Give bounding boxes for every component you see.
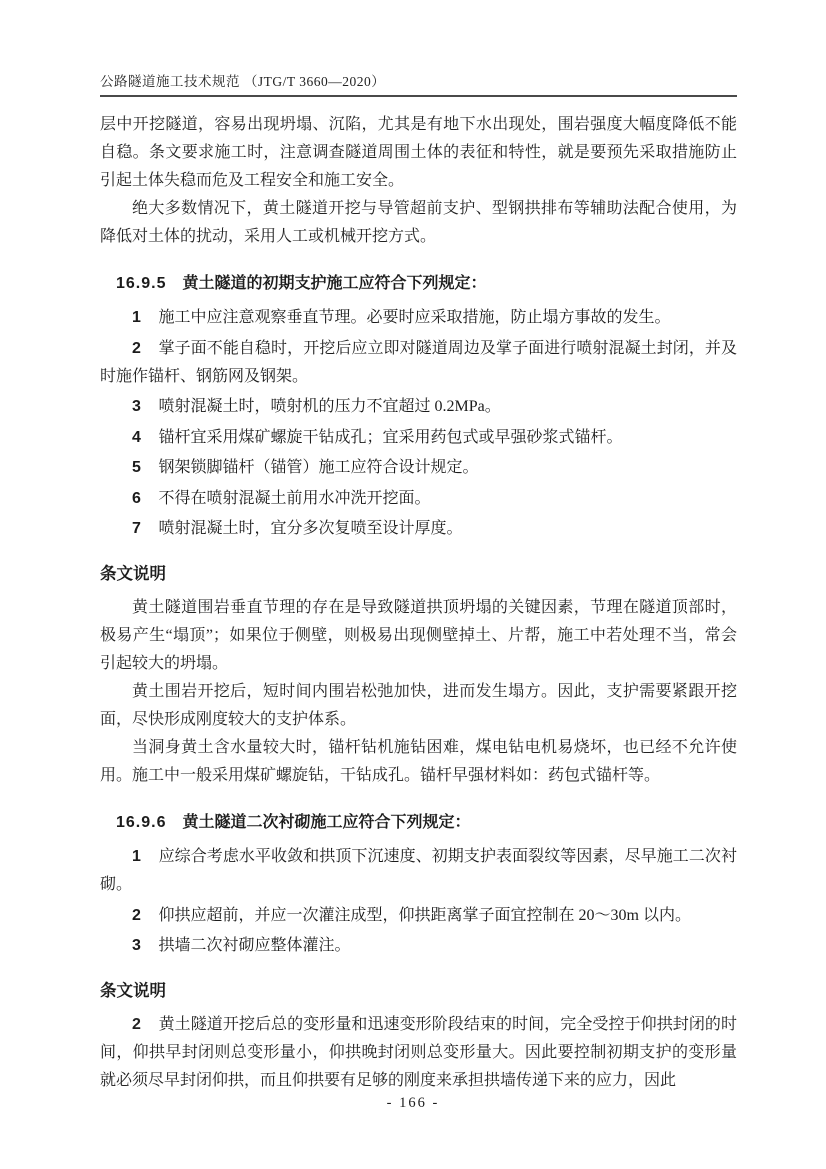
clause-number: 16.9.6	[116, 814, 166, 831]
item-text: 应综合考虑水平收敛和拱顶下沉速度、初期支护表面裂纹等因素，尽早施工二次衬砌。	[100, 848, 737, 893]
continuation-paragraph: 层中开挖隧道，容易出现坍塌、沉陷，尤其是有地下水出现处，围岩强度大幅度降低不能自…	[100, 111, 737, 195]
clause-heading-16-9-5: 16.9.5黄土隧道的初期支护施工应符合下列规定：	[100, 270, 737, 298]
document-page: 公路隧道施工技术规范 （JTG/T 3660—2020） 层中开挖隧道，容易出现…	[0, 0, 826, 1169]
item-number: 5	[132, 459, 141, 476]
commentary-paragraph: 2黄土隧道开挖后总的变形量和迅速变形阶段结束的时间，完全受控于仰拱封闭的时间，仰…	[100, 1011, 737, 1095]
item-text: 锚杆宜采用煤矿螺旋干钻成孔；宜采用药包式或早强砂浆式锚杆。	[159, 429, 623, 446]
commentary-text: 黄土隧道开挖后总的变形量和迅速变形阶段结束的时间，完全受控于仰拱封闭的时间，仰拱…	[100, 1016, 737, 1089]
header-rule	[100, 95, 737, 97]
item-number: 1	[132, 848, 141, 865]
item-text: 仰拱应超前，并应一次灌注成型，仰拱距离掌子面宜控制在 20～30m 以内。	[159, 907, 691, 924]
clause-item: 5钢架锁脚锚杆（锚管）施工应符合设计规定。	[100, 454, 737, 482]
intro-paragraph: 绝大多数情况下，黄土隧道开挖与导管超前支护、型钢拱排布等辅助法配合使用，为降低对…	[100, 195, 737, 251]
item-number: 1	[132, 309, 141, 326]
item-text: 拱墙二次衬砌应整体灌注。	[159, 937, 351, 954]
clause-item: 6不得在喷射混凝土前用水冲洗开挖面。	[100, 485, 737, 513]
commentary-paragraph: 当洞身黄土含水量较大时，锚杆钻机施钻困难，煤电钻电机易烧坏，也已经不允许使用。施…	[100, 734, 737, 790]
clause-title: 黄土隧道的初期支护施工应符合下列规定：	[182, 275, 486, 292]
commentary-heading: 条文说明	[100, 977, 737, 1005]
clause-item: 1应综合考虑水平收敛和拱顶下沉速度、初期支护表面裂纹等因素，尽早施工二次衬砌。	[100, 843, 737, 899]
running-header-title: 公路隧道施工技术规范 （JTG/T 3660—2020）	[100, 72, 737, 92]
page-header: 公路隧道施工技术规范 （JTG/T 3660—2020）	[100, 72, 737, 97]
item-text: 钢架锁脚锚杆（锚管）施工应符合设计规定。	[159, 459, 479, 476]
clause-item: 2仰拱应超前，并应一次灌注成型，仰拱距离掌子面宜控制在 20～30m 以内。	[100, 902, 737, 930]
clause-number: 16.9.5	[116, 275, 166, 292]
clause-title: 黄土隧道二次衬砌施工应符合下列规定：	[182, 814, 470, 831]
item-number: 7	[132, 520, 141, 537]
item-number: 3	[132, 937, 141, 954]
clause-item: 7喷射混凝土时，宜分多次复喷至设计厚度。	[100, 515, 737, 543]
item-number: 4	[132, 429, 141, 446]
item-text: 施工中应注意观察垂直节理。必要时应采取措施，防止塌方事故的发生。	[159, 309, 671, 326]
clause-item: 3喷射混凝土时，喷射机的压力不宜超过 0.2MPa。	[100, 393, 737, 421]
item-number: 2	[132, 907, 141, 924]
item-text: 不得在喷射混凝土前用水冲洗开挖面。	[159, 490, 431, 507]
item-text: 掌子面不能自稳时，开挖后应立即对隧道周边及掌子面进行喷射混凝土封闭，并及时施作锚…	[100, 340, 737, 385]
commentary-heading: 条文说明	[100, 560, 737, 588]
clause-item: 2掌子面不能自稳时，开挖后应立即对隧道周边及掌子面进行喷射混凝土封闭，并及时施作…	[100, 335, 737, 391]
item-number: 2	[132, 340, 141, 357]
item-number: 3	[132, 398, 141, 415]
clause-item: 4锚杆宜采用煤矿螺旋干钻成孔；宜采用药包式或早强砂浆式锚杆。	[100, 424, 737, 452]
clause-item: 1施工中应注意观察垂直节理。必要时应采取措施，防止塌方事故的发生。	[100, 304, 737, 332]
page-body: 层中开挖隧道，容易出现坍塌、沉陷，尤其是有地下水出现处，围岩强度大幅度降低不能自…	[100, 111, 737, 1095]
commentary-paragraph: 黄土隧道围岩垂直节理的存在是导致隧道拱顶坍塌的关键因素，节理在隧道顶部时，极易产…	[100, 594, 737, 678]
item-text: 喷射混凝土时，宜分多次复喷至设计厚度。	[159, 520, 463, 537]
clause-item: 3拱墙二次衬砌应整体灌注。	[100, 932, 737, 960]
clause-heading-16-9-6: 16.9.6黄土隧道二次衬砌施工应符合下列规定：	[100, 809, 737, 837]
item-number: 6	[132, 490, 141, 507]
item-number: 2	[132, 1016, 141, 1033]
commentary-paragraph: 黄土围岩开挖后，短时间内围岩松弛加快，进而发生塌方。因此，支护需要紧跟开挖面，尽…	[100, 678, 737, 734]
page-number: - 166 -	[0, 1089, 826, 1117]
item-text: 喷射混凝土时，喷射机的压力不宜超过 0.2MPa。	[159, 398, 501, 415]
